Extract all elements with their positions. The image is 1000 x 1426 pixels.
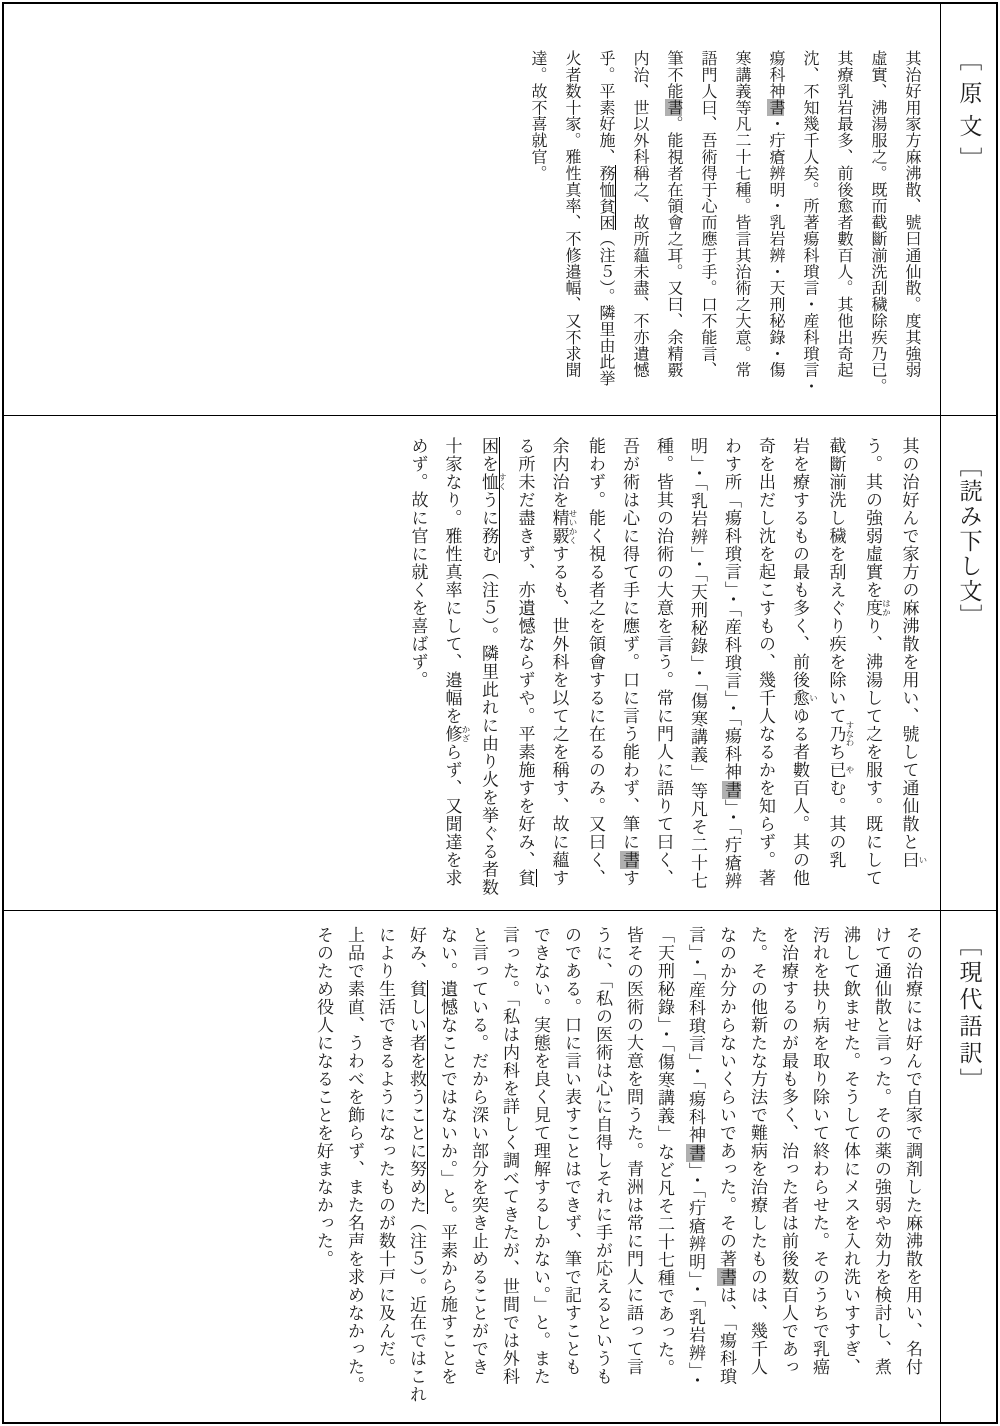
- text-column: と言っている。だから深い部分を突き止めることができ: [463, 926, 494, 1422]
- text-column: 言った。「私は内科を詳しく調べてきたが、世間では外科: [494, 926, 525, 1422]
- text-column: けて通仙散と言った。その薬の強弱や効力を検討し、煮: [866, 926, 897, 1422]
- gendaigoyaku-label-column: ［現代語訳］: [940, 911, 996, 1422]
- text-column: 上品で素直、うわべを飾らず、また名声を求めなかった。: [339, 926, 370, 1422]
- furigana-ruby: 恤すく: [479, 473, 498, 491]
- text-column: 困を恤すくうに務む（注５）。隣里此れに由り火を挙ぐる者数: [471, 437, 508, 910]
- text-column: 其療乳岩最多、前後愈者數百人。其他出奇起: [826, 50, 860, 415]
- text-column: た。その他新たな方法で難病を治療したものは、幾千人: [742, 926, 773, 1422]
- genbun-label-column: ［原文］: [940, 4, 996, 415]
- text-column: なのか分からないくらいであった。その著書は、「瘍科瑣: [711, 926, 742, 1422]
- furigana-ruby: 精覈せいかく: [550, 509, 569, 545]
- document-frame: 其治好用家方麻沸散、號曰通仙散。度其強弱虛實、沸湯服之。既而截斷湔洗刮穢除疾乃已…: [2, 2, 998, 1424]
- text-column: を治療するのが最も多く、治った者は前後数百人であっ: [773, 926, 804, 1422]
- text-column: 沈、不知幾千人矣。所著瘍科瑣言・産科瑣言・: [792, 50, 826, 415]
- text-column: 語門人曰、吾術得于心而應于手。口不能言、: [690, 50, 724, 415]
- emphasis-line-text: 貧: [516, 869, 537, 887]
- highlighted-kanji: 書: [686, 1144, 705, 1162]
- text-column: 沸して飲ませた。そうして体にメスを入れ洗いすすぎ、: [835, 926, 866, 1422]
- text-column: 截斷湔洗し穢を刮えぐり疾を除いて乃すなわち已やむ。其の乳: [819, 437, 856, 910]
- text-column: 明」・「乳岩辨」・「天刑秘錄」・「傷寒講義」等凡そ二十七: [680, 437, 714, 910]
- text-column: 言」・「産科瑣言」・「瘍科神書」・「疔瘡辨明」・「乳岩辨」・: [680, 926, 711, 1422]
- yomikudashi-text: 其の治好んで家方の麻沸散を用い、號して通仙散と曰いう。其の強弱虛實を度はかり、沸…: [4, 416, 940, 910]
- text-column: そのため役人になることを好まなかった。: [308, 926, 339, 1422]
- text-column: 吾が術は心に得て手に應ず。口に言う能わず、筆に書す: [612, 437, 646, 910]
- text-column: 内治、世以外科稱之、故所蘊未盡、不亦遺憾: [622, 50, 656, 415]
- furigana-ruby: 乃すなわ: [827, 725, 846, 743]
- text-column: めず。故に官に就くを喜ばず。: [401, 437, 435, 910]
- emphasis-line-text: 務恤貧困: [597, 165, 616, 231]
- text-column: により生活できるようになったものが数十戸に及んだ。: [370, 926, 401, 1422]
- emphasis-line-text: 貧しい者を救うことに努めた: [407, 980, 428, 1214]
- furigana-ruby: 愈い: [790, 689, 809, 707]
- furigana-ruby: 已や: [827, 761, 846, 779]
- text-column: 岩を療するもの最も多く、前後愈いゆる者數百人。其の他: [782, 437, 819, 910]
- text-column: 能わず。能く視る者之を領會するに在るのみ。又曰く、: [578, 437, 612, 910]
- yomikudashi-label-column: ［読み下し文］: [940, 416, 996, 910]
- highlighted-kanji: 書: [767, 99, 784, 115]
- furigana-ruby: 曰い: [900, 851, 919, 869]
- section-gendaigoyaku: その治療には好んで自家で調剤した麻沸散を用い、名付けて通仙散と言った。その薬の強…: [4, 911, 996, 1422]
- section-genbun: 其治好用家方麻沸散、號曰通仙散。度其強弱虛實、沸湯服之。既而截斷湔洗刮穢除疾乃已…: [4, 4, 996, 416]
- furigana-ruby: 度はか: [863, 599, 882, 617]
- text-column: う。其の強弱虛實を度はかり、沸湯して之を服す。既にして: [855, 437, 892, 910]
- text-column: 達。故不喜就官。: [520, 50, 554, 415]
- text-column: 寒講義等凡二十七種。皆言其治術之大意。常: [724, 50, 758, 415]
- text-column: 「天刑秘錄」・「傷寒講義」など凡そ二十七種であった。: [649, 926, 680, 1422]
- highlighted-kanji: 書: [665, 99, 682, 115]
- text-column: 火者数十家。雅性真率、不修邉幅、又不求聞: [554, 50, 588, 415]
- text-column: その治療には好んで自家で調剤した麻沸散を用い、名付: [897, 926, 928, 1422]
- genbun-text: 其治好用家方麻沸散、號曰通仙散。度其強弱虛實、沸湯服之。既而截斷湔洗刮穢除疾乃已…: [4, 4, 940, 415]
- text-column: 虛實、沸湯服之。既而截斷湔洗刮穢除疾乃已。: [860, 50, 894, 415]
- text-column: 乎。平素好施、務恤貧困（注５）。隣里由此挙: [588, 50, 622, 415]
- text-column: 筆不能書。能視者在領會之耳。又曰、余精覈: [656, 50, 690, 415]
- yomikudashi-label: ［読み下し文］: [941, 416, 997, 910]
- gendaigoyaku-text: その治療には好んで自家で調剤した麻沸散を用い、名付けて通仙散と言った。その薬の強…: [4, 911, 940, 1422]
- text-column: 皆その医術の大意を問うた。青洲は常に門人に語って言: [618, 926, 649, 1422]
- text-column: 其治好用家方麻沸散、號曰通仙散。度其強弱: [894, 50, 928, 415]
- gendaigoyaku-label: ［現代語訳］: [941, 911, 997, 1422]
- emphasis-line-text: 困を恤すくうに務む: [479, 437, 500, 563]
- text-column: 余内治を精覈せいかくするも、世外科を以て之を稱す、故に蘊す: [542, 437, 579, 910]
- text-column: ない。遺憾なことではないか。」と。平素から施すことを: [432, 926, 463, 1422]
- text-column: できない。実態を良く見て理解するしかない。」と。また: [525, 926, 556, 1422]
- text-column: 汚れを抉り病を取り除いて終わらせた。そのうちで乳癌: [804, 926, 835, 1422]
- text-column: 瘍科神書・疔瘡辨明・乳岩辨・天刑秘錄・傷: [758, 50, 792, 415]
- text-column: 好み、貧しい者を救うことに努めた（注５）。近在ではこれ: [401, 926, 432, 1422]
- text-column: 奇を出だし沈を起こすもの、幾千人なるかを知らず。著: [748, 437, 782, 910]
- text-column: る所未だ盡きず、亦遺憾ならずや。平素施すを好み、貧: [508, 437, 542, 910]
- text-column: うに、「私の医術は心に自得しそれに手が応えるというも: [587, 926, 618, 1422]
- text-column: 其の治好んで家方の麻沸散を用い、號して通仙散と曰い: [892, 437, 929, 910]
- text-column: 種。皆其の治術の大意を言う。常に門人に語りて曰く、: [646, 437, 680, 910]
- text-column: のである。口に言い表すことはできず、筆で記すことも: [556, 926, 587, 1422]
- section-yomikudashi: 其の治好んで家方の麻沸散を用い、號して通仙散と曰いう。其の強弱虛實を度はかり、沸…: [4, 416, 996, 911]
- highlighted-kanji: 書: [620, 851, 639, 869]
- highlighted-kanji: 書: [722, 781, 741, 799]
- text-column: 十家なり。雅性真率にして、邉幅を修かざらず、又聞達を求: [435, 437, 472, 910]
- highlighted-kanji: 書: [717, 1268, 736, 1286]
- text-column: わす所「瘍科瑣言」・「産科瑣言」・「瘍科神書」・「疔瘡辨: [714, 437, 748, 910]
- genbun-label: ［原文］: [941, 4, 997, 415]
- furigana-ruby: 修かざ: [443, 725, 462, 743]
